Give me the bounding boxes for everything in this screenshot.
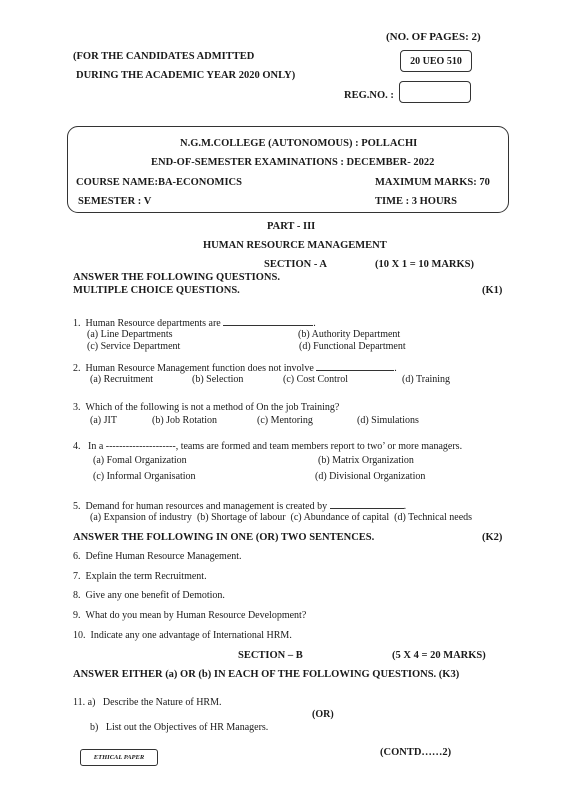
candidates-note-line1: (FOR THE CANDIDATES ADMITTED bbox=[73, 52, 254, 63]
q4-option-b: (b) Matrix Organization bbox=[318, 456, 414, 466]
paper-code-box: 20 UEO 510 bbox=[400, 50, 472, 72]
or-separator: (OR) bbox=[312, 710, 334, 720]
section-a-instruction: ANSWER THE FOLLOWING QUESTIONS. bbox=[73, 273, 280, 284]
question-11a: 11. a) Describe the Nature of HRM. bbox=[73, 698, 221, 708]
question-8: 8. Give any one benefit of Demotion. bbox=[73, 591, 225, 601]
q5-option-d: (d) Technical needs bbox=[394, 512, 472, 523]
paper-code: 20 UEO 510 bbox=[410, 56, 462, 67]
q4-option-c: (c) Informal Organisation bbox=[93, 472, 196, 482]
reg-no-label: REG.NO. : bbox=[344, 91, 394, 102]
q1-option-d: (d) Functional Department bbox=[299, 342, 406, 352]
q3-option-d: (d) Simulations bbox=[357, 416, 419, 426]
section-a-title: SECTION - A bbox=[264, 260, 327, 271]
section-b-title: SECTION – B bbox=[238, 651, 303, 662]
reg-no-field[interactable] bbox=[399, 81, 471, 103]
q5-option-a: (a) Expansion of industry bbox=[90, 512, 192, 523]
part-title: PART - III bbox=[267, 222, 315, 233]
mcq-instruction: MULTIPLE CHOICE QUESTIONS. bbox=[73, 286, 240, 297]
question-6: 6. Define Human Resource Management. bbox=[73, 552, 242, 562]
ethical-paper-label: ETHICAL PAPER bbox=[80, 749, 158, 766]
q5-option-c: (c) Abundance of capital bbox=[291, 512, 390, 523]
k-level-k1: (K1) bbox=[482, 286, 502, 297]
question-1: 1. Human Resource departments are . bbox=[73, 317, 316, 329]
answer-blank bbox=[223, 317, 313, 326]
q5-option-b: (b) Shortage of labour bbox=[197, 512, 286, 523]
question-10: 10. Indicate any one advantage of Intern… bbox=[73, 631, 292, 641]
k-level-k2: (K2) bbox=[482, 533, 502, 544]
continued-label: (CONTD……2) bbox=[380, 748, 451, 759]
time-duration: TIME : 3 HOURS bbox=[375, 197, 457, 208]
question-11b: b) List out the Objectives of HR Manager… bbox=[90, 723, 268, 733]
q4-option-a: (a) Fomal Organization bbox=[93, 456, 187, 466]
q3-option-a: (a) JIT bbox=[90, 416, 117, 426]
q3-option-b: (b) Job Rotation bbox=[152, 416, 217, 426]
question-5: 5. Demand for human resources and manage… bbox=[73, 500, 406, 512]
section-b-instruction: ANSWER EITHER (a) OR (b) IN EACH OF THE … bbox=[73, 670, 459, 681]
section-b-marks: (5 X 4 = 20 MARKS) bbox=[392, 651, 486, 662]
q2-option-b: (b) Selection bbox=[192, 375, 243, 385]
candidates-note-line2: DURING THE ACADEMIC YEAR 2020 ONLY) bbox=[76, 71, 295, 82]
question-2: 2. Human Resource Management function do… bbox=[73, 362, 397, 374]
college-name: N.G.M.COLLEGE (AUTONOMOUS) : POLLACHI bbox=[180, 139, 417, 150]
q2-option-d: (d) Training bbox=[402, 375, 450, 385]
q1-option-c: (c) Service Department bbox=[87, 342, 180, 352]
q4-option-d: (d) Divisional Organization bbox=[315, 472, 425, 482]
q1-option-b: (b) Authority Department bbox=[298, 330, 400, 340]
section-a-marks: (10 X 1 = 10 MARKS) bbox=[375, 260, 474, 271]
question-7: 7. Explain the term Recruitment. bbox=[73, 572, 207, 582]
no-of-pages: (NO. OF PAGES: 2) bbox=[386, 32, 481, 43]
answer-blank bbox=[316, 362, 394, 371]
question-9: 9. What do you mean by Human Resource De… bbox=[73, 611, 306, 621]
q3-option-c: (c) Mentoring bbox=[257, 416, 313, 426]
answer-blank bbox=[330, 500, 404, 509]
max-marks: MAXIMUM MARKS: 70 bbox=[375, 178, 490, 189]
short-answer-instruction: ANSWER THE FOLLOWING IN ONE (OR) TWO SEN… bbox=[73, 533, 374, 544]
course-name: COURSE NAME:BA-ECONOMICS bbox=[76, 178, 242, 189]
q2-option-c: (c) Cost Control bbox=[283, 375, 348, 385]
question-4: 4. In a ---------------------, teams are… bbox=[73, 442, 462, 452]
q2-option-a: (a) Recruitment bbox=[90, 375, 153, 385]
subject-title: HUMAN RESOURCE MANAGEMENT bbox=[203, 241, 387, 252]
exam-title: END-OF-SEMESTER EXAMINATIONS : DECEMBER-… bbox=[151, 158, 434, 169]
semester: SEMESTER : V bbox=[78, 197, 151, 208]
question-3: 3. Which of the following is not a metho… bbox=[73, 403, 339, 413]
q5-options: (a) Expansion of industry (b) Shortage o… bbox=[90, 513, 472, 523]
q1-option-a: (a) Line Departments bbox=[87, 330, 173, 340]
